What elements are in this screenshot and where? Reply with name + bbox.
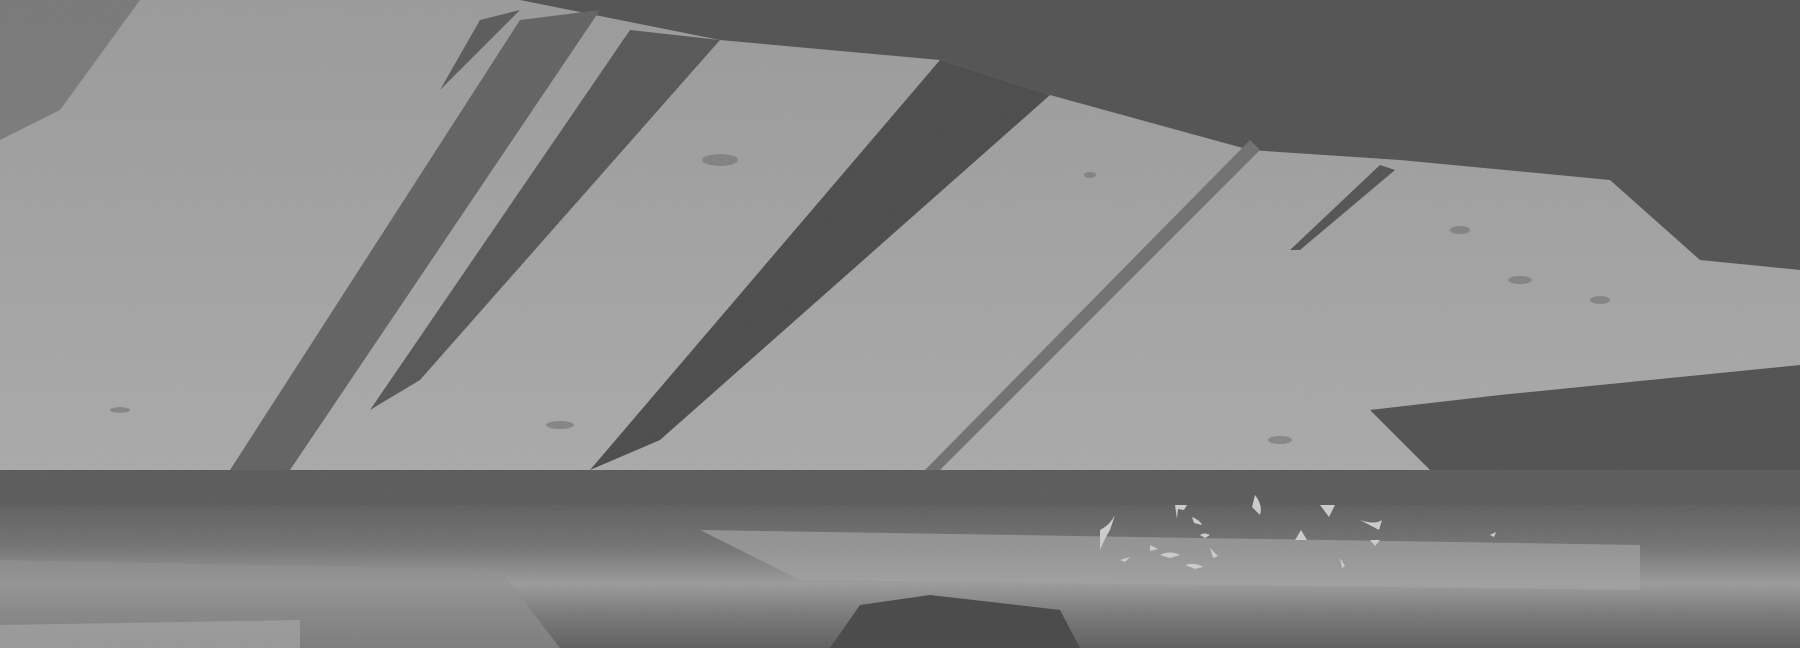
- seascape-print: [0, 0, 1800, 648]
- artwork: [0, 0, 1800, 648]
